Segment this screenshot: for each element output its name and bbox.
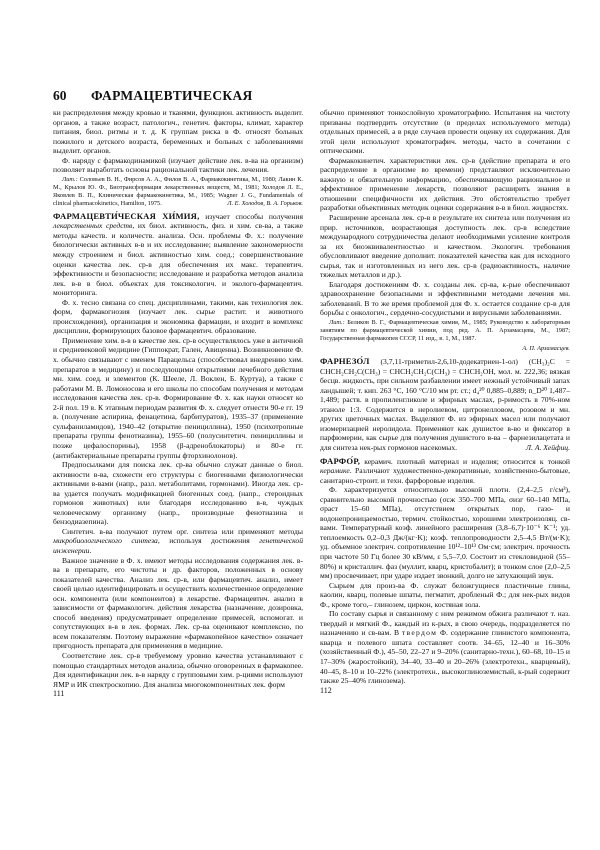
lit-label: Лит.:: [62, 176, 78, 183]
two-column-body: ки распределения между кровью и тканями,…: [53, 108, 570, 699]
paragraph: Благодаря достижениям Ф. х. созданы лек.…: [320, 280, 570, 318]
paragraph: По составу сырья и связанному с ним режи…: [320, 609, 570, 685]
paragraph: Фармакокинетич. характеристики лек. ср-в…: [320, 156, 570, 213]
left-column: ки распределения между кровью и тканями,…: [53, 108, 303, 699]
paragraph: Применение хим. в-в в качестве лек. ср-в…: [53, 336, 303, 460]
paragraph: Сырьем для произ-ва Ф. служат беложгущие…: [320, 581, 570, 610]
lit-text: Беликов В. Г., Фармацевтическая химия, М…: [320, 319, 570, 342]
column-number: 112: [320, 686, 570, 696]
paragraph: ки распределения между кровью и тканями,…: [53, 108, 303, 156]
page-number: 60: [53, 88, 91, 104]
cross-reference-link[interactable]: керамике: [320, 466, 350, 475]
encyclopedia-page: 60 ФАРМАЦЕВТИЧЕСКАЯ ки распределения меж…: [53, 88, 570, 104]
running-title: ФАРМАЦЕВТИЧЕСКАЯ: [91, 88, 253, 104]
headword: ФАРНЕЗО́Л: [320, 356, 370, 366]
article-authors: Л. Е. Холодов, В. А. Горьков.: [218, 200, 303, 208]
running-head: 60 ФАРМАЦЕВТИЧЕСКАЯ: [53, 88, 570, 104]
column-number: 111: [53, 689, 303, 699]
right-column: обычно применяют тонкослойную хроматогра…: [320, 108, 570, 699]
entry-text: , их биол. активность, физ. и хим. св-ва…: [53, 221, 303, 297]
entry-farnesol: ФАРНЕЗО́Л (3,7,11-триметил-2,6,10-додека…: [320, 357, 570, 452]
paragraph: Ф. характеризуется относительно высокой …: [320, 485, 570, 580]
paragraph-text: .: [89, 546, 91, 555]
paragraph: обычно применяют тонкослойную хроматогра…: [320, 108, 570, 156]
article-authors: А. П. Арзамасцев.: [320, 345, 570, 353]
headword: ФАРФО́Р,: [320, 456, 360, 466]
paragraph: Важное значение в Ф. х. имеют методы исс…: [53, 556, 303, 651]
paragraph: Соответствие лек. ср-в требуемому уровню…: [53, 651, 303, 689]
entry-text: изучает способы получения: [199, 212, 303, 221]
lit-label: Лит.:: [329, 319, 345, 326]
entry-pharmaceutical-chemistry: ФАРМАЦЕВТИ́ЧЕСКАЯ ХИ́МИЯ, изучает способ…: [53, 212, 303, 298]
headword: ФАРМАЦЕВТИ́ЧЕСКАЯ ХИ́МИЯ,: [53, 211, 199, 221]
article-authors: Л. А. Хейфиц.: [526, 443, 570, 453]
paragraph: Ф. наряду с фармакодинамикой (изучает де…: [53, 156, 303, 175]
paragraph: Ф. х. тесно связана со спец. дисциплинам…: [53, 298, 303, 336]
spaced-term: твердом: [402, 628, 437, 637]
entry-text: . Различают художественно-декоративные, …: [320, 466, 570, 485]
cross-reference-link[interactable]: лекарственных средств: [53, 221, 132, 230]
paragraph: Расширение арсенала лек. ср-в в результа…: [320, 213, 570, 280]
paragraph: Предпосылками для поиска лек. ср-ва обыч…: [53, 460, 303, 527]
cross-reference-link[interactable]: микробиологического синтеза: [53, 536, 158, 545]
entry-text: керамич. плотный материал и изделия; отн…: [360, 457, 570, 466]
entry-porcelain: ФАРФО́Р, керамич. плотный материал и изд…: [320, 457, 570, 486]
literature-references: Лит.: Соловьев В. Н., Фирсов А. А., Фило…: [53, 176, 303, 208]
entry-text: (3,7,11-триметил-2,6,10-додекатриен-1-ол…: [320, 357, 570, 452]
paragraph-text: , используя достижения: [158, 536, 259, 545]
paragraph-text: Синтетич. в-ва получают путем орг. синте…: [62, 527, 303, 536]
paragraph: Синтетич. в-ва получают путем орг. синте…: [53, 527, 303, 556]
literature-references: Лит.: Беликов В. Г., Фармацевтическая хи…: [320, 319, 570, 343]
